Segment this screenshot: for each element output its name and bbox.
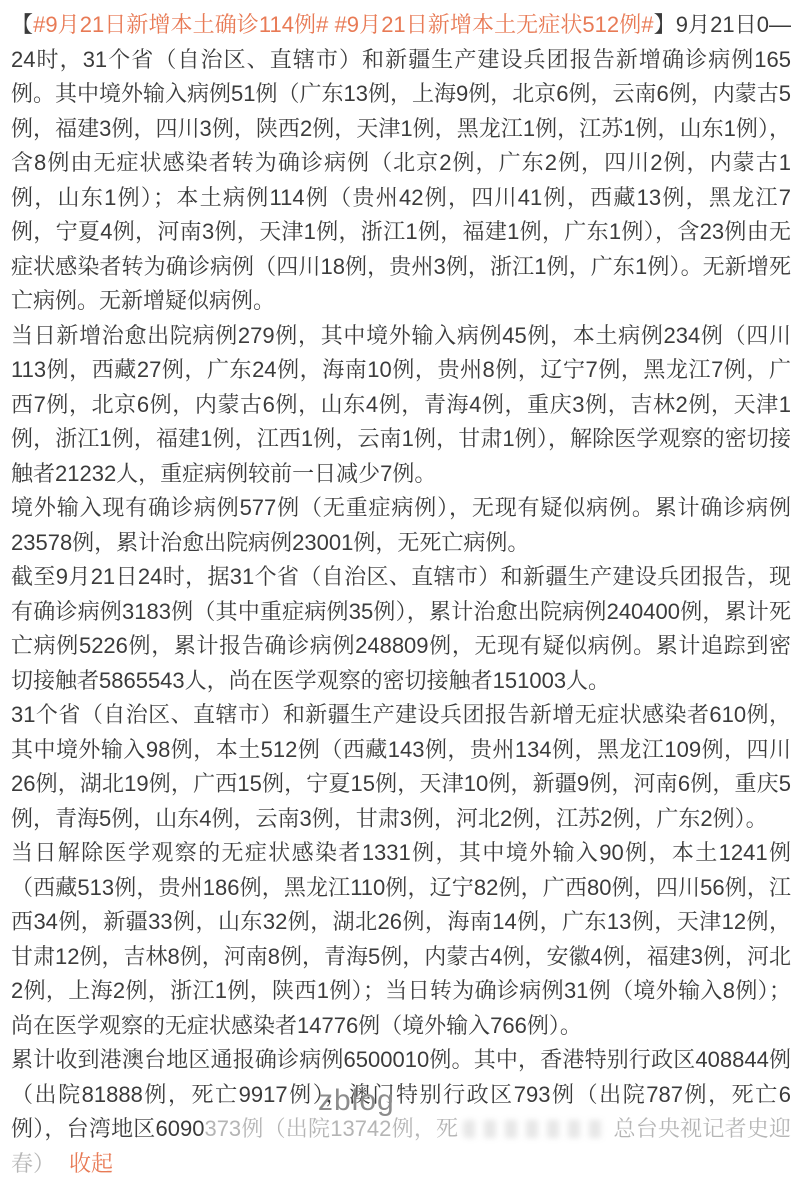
post-text: 当日解除医学观察的无症状感染者1331例，其中境外输入90例，本土1241例（西… [11, 840, 791, 1038]
post-paragraph-6: 当日解除医学观察的无症状感染者1331例，其中境外输入90例，本土1241例（西… [11, 836, 791, 1043]
post-paragraph-5: 31个省（自治区、直辖市）和新疆生产建设兵团报告新增无症状感染者610例，其中境… [11, 698, 791, 836]
post-content: 【#9月21日新增本土确诊114例# #9月21日新增本土无症状512例#】9月… [0, 0, 800, 1119]
post-paragraph-7: 累计收到港澳台地区通报确诊病例6500010例。其中，香港特别行政区408844… [11, 1043, 791, 1119]
post-paragraph-1: 【#9月21日新增本土确诊114例# #9月21日新增本土无症状512例#】9月… [11, 8, 791, 319]
post-paragraph-3: 境外输入现有确诊病例577例（无重症病例），无现有疑似病例。累计确诊病例2357… [11, 491, 791, 560]
hashtag-link[interactable]: #9月21日新增本土无症状512例# [335, 12, 654, 37]
post-text: 累计收到港澳台地区通报确诊病例6500010例。其中，香港特别行政区408844… [11, 1047, 791, 1119]
post-paragraph-2: 当日新增治愈出院病例279例，其中境外输入病例45例，本土病例234例（四川11… [11, 319, 791, 492]
post-text: 31个省（自治区、直辖市）和新疆生产建设兵团报告新增无症状感染者610例，其中境… [11, 702, 791, 831]
post-paragraph-4: 截至9月21日24时，据31个省（自治区、直辖市）和新疆生产建设兵团报告，现有确… [11, 560, 791, 698]
post-text: 】9月21日0—24时，31个省（自治区、直辖市）和新疆生产建设兵团报告新增确诊… [11, 12, 791, 313]
post-text: 当日新增治愈出院病例279例，其中境外输入病例45例，本土病例234例（四川11… [11, 323, 791, 486]
hashtag-link[interactable]: #9月21日新增本土确诊114例# [33, 12, 328, 37]
post-text: 【 [11, 12, 33, 37]
post-text: 境外输入现有确诊病例577例（无重症病例），无现有疑似病例。累计确诊病例2357… [11, 495, 791, 555]
watermark: zblog [318, 1084, 395, 1118]
post-text: 截至9月21日24时，据31个省（自治区、直辖市）和新疆生产建设兵团报告，现有确… [11, 564, 791, 693]
